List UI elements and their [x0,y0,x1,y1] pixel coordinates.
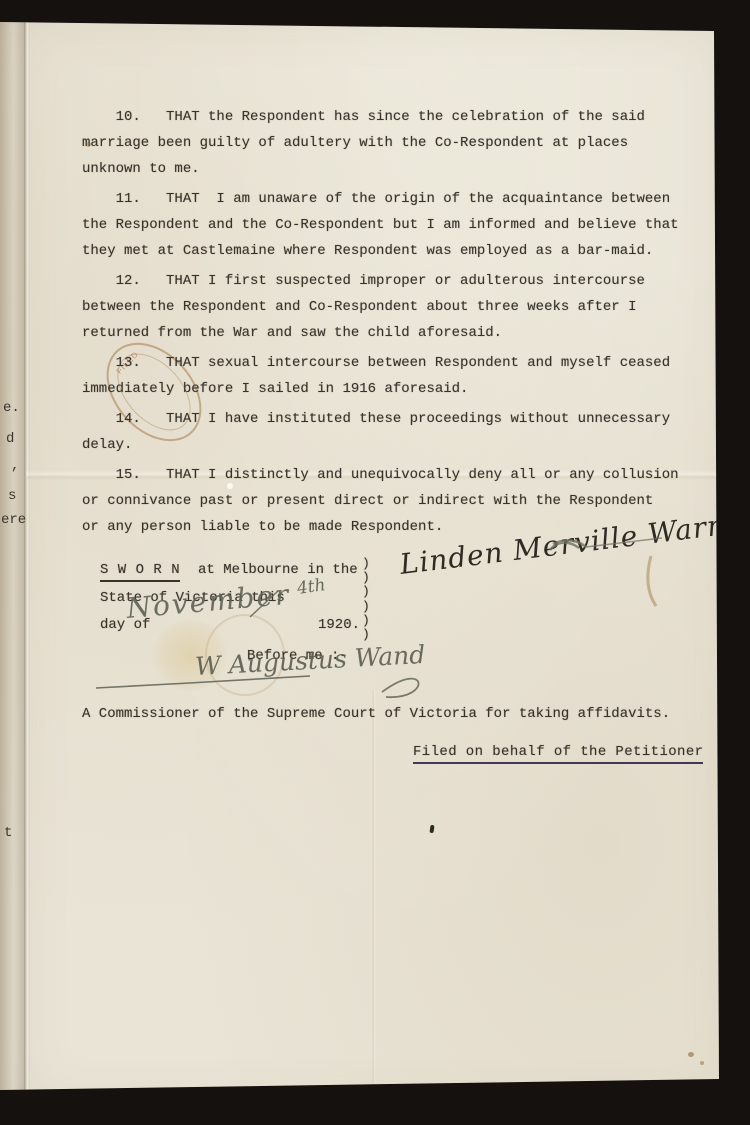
jurat-brace: ) ) ) ) ) ) [362,557,370,642]
sworn-year: 1920. [318,615,360,635]
paragraph-line: 13. THAT sexual intercourse between Resp… [82,350,679,376]
affidavit-page: e. d , s ere t FILED 10. THAT the Respon… [0,0,750,1125]
paragraph-line: between the Respondent and Co-Respondent… [82,294,679,320]
filed-underlined-text: Filed on behalf of the Petitioner [413,744,703,764]
affidavit-paragraph-12: 12. THAT I first suspected improper or a… [82,268,679,346]
underlying-page-strip [0,0,24,1125]
age-spot [86,142,91,147]
paragraph-line: 10. THAT the Respondent has since the ce… [82,104,679,130]
edge-text-fragment: e. [3,400,20,416]
commissioner-title-line: A Commissioner of the Supreme Court of V… [82,704,670,724]
edge-text-fragment: , [11,458,19,474]
ink-speck [429,825,434,833]
handwritten-month: November [125,578,291,625]
paragraph-line: returned from the War and saw the child … [82,320,679,346]
paragraph-line: 12. THAT I first suspected improper or a… [82,268,679,294]
sworn-line-1-rest: at Melbourne in the [198,560,358,580]
scanned-document: e. d , s ere t FILED 10. THAT the Respon… [0,0,750,1125]
vertical-crease [372,690,376,1085]
paragraph-line: 11. THAT I am unaware of the origin of t… [82,186,679,212]
paragraph-line: immediately before I sailed in 1916 afor… [82,376,679,402]
paragraph-line: 15. THAT I distinctly and unequivocally … [82,462,679,488]
edge-text-fragment: s [8,488,16,504]
paragraph-line: or connivance past or present direct or … [82,488,679,514]
paragraph-line: they met at Castlemaine where Respondent… [82,238,679,264]
sworn-line-1: S W O R N [100,560,180,580]
page-fold-crease [24,0,30,1125]
paper-fleck [227,483,233,489]
edge-text-fragment: t [4,825,12,841]
paragraph-line: marriage been guilty of adultery with th… [82,130,679,156]
paragraph-line: 14. THAT I have instituted these proceed… [82,406,679,432]
paragraph-line: unknown to me. [82,156,679,182]
edge-text-fragment: ere [1,512,26,528]
edge-text-fragment: d [6,431,14,447]
age-spot [688,1052,694,1057]
affidavit-paragraph-14: 14. THAT I have instituted these proceed… [82,406,679,458]
affidavit-paragraph-13: 13. THAT sexual intercourse between Resp… [82,350,679,402]
paragraph-line: delay. [82,432,679,458]
age-spot [700,1061,704,1065]
affidavit-paragraph-10: 10. THAT the Respondent has since the ce… [82,104,679,182]
sworn-word: S W O R N [100,562,180,582]
paragraph-line: the Respondent and the Co-Respondent but… [82,212,679,238]
affidavit-paragraph-11: 11. THAT I am unaware of the origin of t… [82,186,679,264]
handwritten-day: 4th [296,575,327,599]
affidavit-body: 10. THAT the Respondent has since the ce… [82,104,679,544]
filed-on-behalf-line: Filed on behalf of the Petitioner [413,742,703,762]
